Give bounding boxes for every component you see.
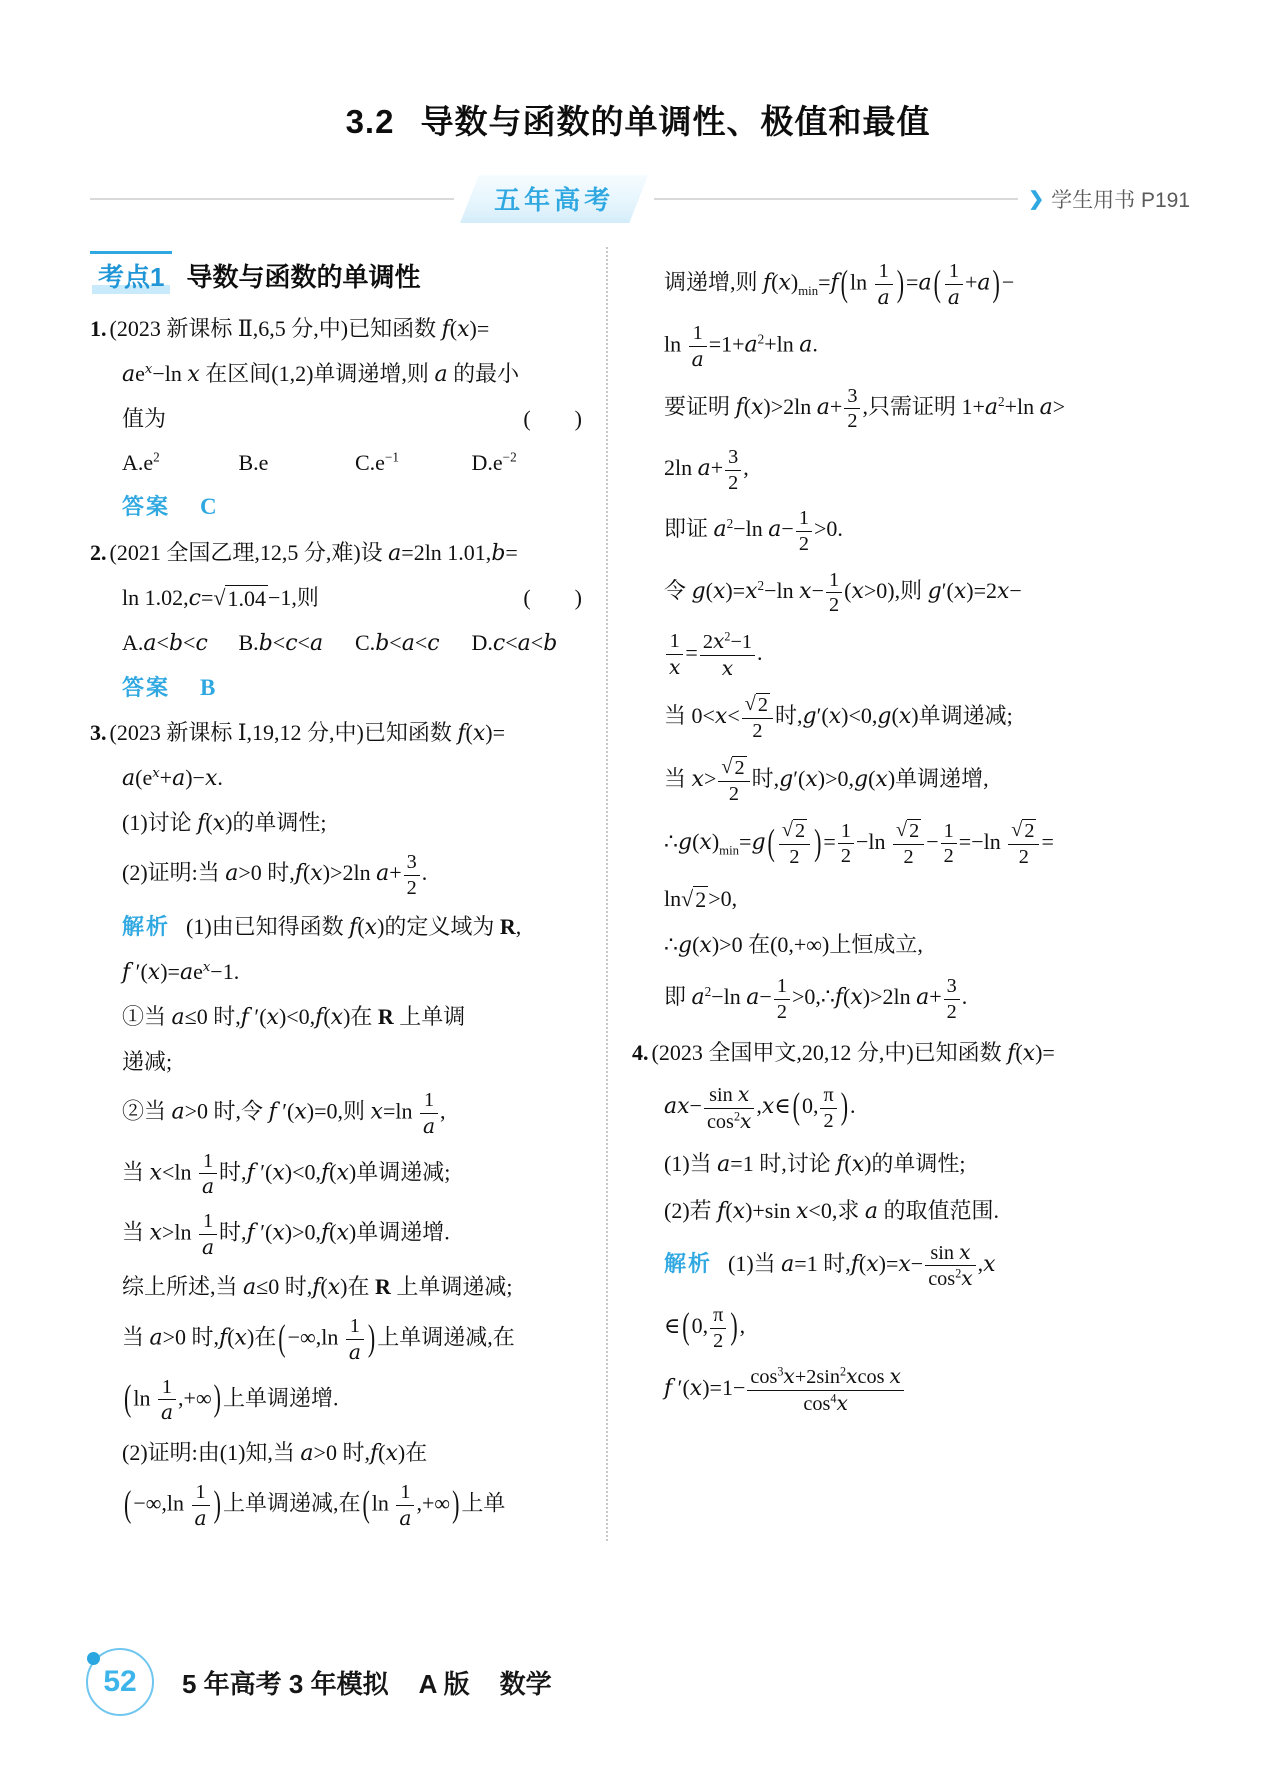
dot-icon [87,1652,100,1665]
footer-text: 5 年高考 3 年模拟A 版数学 [182,1664,582,1701]
page-title: 3.2导数与函数的单调性、极值和最值 [0,96,1276,143]
content-line: (2)若 f(x)+sin x<0,求 a 的取值范围. [632,1194,1138,1228]
answer-brackets: ( ) [523,581,582,614]
content-line: 4.(2023 全国甲文,20,12 分,中)已知函数 f(x)= [632,1036,1138,1070]
answer-label: 答案 [122,675,170,700]
content-line: ax−sin xcos2x,x∈(0,π2). [632,1083,1138,1133]
option: A.e2 [122,446,233,479]
page-footer: 52 5 年高考 3 年模拟A 版数学 [86,1648,582,1716]
content-line: ∴g(x)>0 在(0,+∞)上恒成立, [632,928,1138,962]
problem-number: 4. [632,1040,649,1065]
content-line: 2.(2021 全国乙理,12,5 分,难)设 a=2ln 1.01,b= [90,536,582,570]
problem-number: 1. [90,316,107,341]
content-line: aex−ln x 在区间(1,2)单调递增,则 a 的最小 [90,357,582,391]
content-line: 当 x<ln 1a时,f ′(x)<0,f(x)单调递减; [90,1150,582,1199]
problem-number: 2. [90,540,107,565]
answer-brackets: ( ) [523,402,582,435]
content-line: 3.(2023 新课标 Ⅰ,19,12 分,中)已知函数 f(x)= [90,716,582,750]
analysis-line: 解析(1)当 a=1 时,f(x)=x−sin xcos2x,x [632,1241,1138,1291]
content-line: 值为( ) [90,402,582,435]
book-edition: A 版 [419,1669,470,1699]
book-series: 5 年高考 3 年模拟 [182,1669,389,1699]
option: C.e−1 [355,446,466,479]
option: B.b<c<a [239,626,350,660]
analysis-line: 解析(1)由已知得函数 f(x)的定义域为 R, [90,910,582,944]
content-line: 1x=2x2−1x. [632,630,1138,680]
analysis-label: 解析 [122,914,170,939]
answer-value: B [200,675,215,700]
content-line: 当 x>ln 1a时,f ′(x)>0,f(x)单调递增. [90,1210,582,1259]
option: B.e [239,446,350,479]
option: D.c<a<b [472,626,583,660]
options-row: A.e2B.eC.e−1D.e−2 [90,446,582,479]
analysis-label: 解析 [664,1251,712,1276]
chevron-right-icon: ❯ [1028,188,1044,211]
content-line: ∴g(x)min=g(√22)=12−ln √22−12=−ln √22= [632,819,1138,869]
content-line: 要证明 f(x)>2ln a+32,只需证明 1+a2+ln a> [632,385,1138,433]
content-line: ①当 a≤0 时,f ′(x)<0,f(x)在 R 上单调 [90,1000,582,1034]
answer-line: 答案B [90,671,582,706]
content-line: 2ln a+32, [632,446,1138,494]
content-line: 当 a>0 时,f(x)在(−∞,ln 1a)上单调递减,在 [90,1315,582,1364]
student-book-ref-text: 学生用书 P191 [1051,184,1190,214]
content-line: ∈(0,π2), [632,1304,1138,1352]
option: C.b<a<c [355,626,466,660]
content-line: (1)讨论 f(x)的单调性; [90,806,582,840]
content-line: a(ex+a)−x. [90,761,582,795]
content-line: 当 x>√22时,g′(x)>0,g(x)单调递增, [632,756,1138,806]
test-point-badge: 考点1 [90,251,172,296]
divider-line [654,198,1018,200]
content-line: ln 1.02,c=√1.04−1,则( ) [90,581,582,615]
test-point-header: 考点1导数与函数的单调性 [90,251,582,296]
content-line: 即 a2−ln a−12>0,∴f(x)>2ln a+32. [632,975,1138,1023]
problem-number: 3. [90,720,107,745]
banner-ribbon: 五年高考 [460,175,648,223]
content-line: (2)证明:当 a>0 时,f(x)>2ln a+32. [90,851,582,899]
left-column: 考点1导数与函数的单调性1.(2023 新课标 Ⅱ,6,5 分,中)已知函数 f… [90,247,582,1541]
content-line: 令 g(x)=x2−ln x−12(x>0),则 g′(x)=2x− [632,569,1138,617]
content-line: f ′(x)=1−cos3x+2sin2xcos xcos4x [632,1365,1138,1415]
content-line: (1)当 a=1 时,讨论 f(x)的单调性; [632,1147,1138,1181]
page-number: 52 [103,1665,136,1699]
banner-row: 五年高考 ❯ 学生用书 P191 [90,177,1190,221]
option: A.a<b<c [122,626,233,660]
content-line: 即证 a2−ln a−12>0. [632,507,1138,555]
content-line: 综上所述,当 a≤0 时,f(x)在 R 上单调递减; [90,1270,582,1304]
content-line: ln 1a=1+a2+ln a. [632,322,1138,371]
page-content: 考点1导数与函数的单调性1.(2023 新课标 Ⅱ,6,5 分,中)已知函数 f… [90,247,1276,1541]
book-subject: 数学 [500,1669,552,1699]
section-number: 3.2 [346,103,395,140]
content-line: 递减; [90,1045,582,1078]
student-book-ref: ❯ 学生用书 P191 [1028,184,1190,214]
section-title: 导数与函数的单调性、极值和最值 [420,103,930,140]
answer-value: C [200,494,217,519]
content-line: 调递增,则 f(x)min=f(ln 1a)=a(1a+a)− [632,260,1138,309]
banner-label: 五年高考 [494,185,614,215]
divider-line [90,198,454,200]
content-line: 当 0<x<√22时,g′(x)<0,g(x)单调递减; [632,693,1138,743]
content-line: ②当 a>0 时,令 f ′(x)=0,则 x=ln 1a, [90,1089,582,1138]
options-row: A.a<b<cB.b<c<aC.b<a<cD.c<a<b [90,626,582,660]
right-column: 调递增,则 f(x)min=f(ln 1a)=a(1a+a)−ln 1a=1+a… [606,247,1138,1541]
content-line: (−∞,ln 1a)上单调递减,在(ln 1a,+∞)上单 [90,1481,582,1530]
option: D.e−2 [472,446,583,479]
content-line: ln√2>0, [632,882,1138,915]
content-line: (2)证明:由(1)知,当 a>0 时,f(x)在 [90,1436,582,1470]
test-point-title: 导数与函数的单调性 [186,262,420,292]
content-line: (ln 1a,+∞)上单调递增. [90,1376,582,1425]
content-line: 1.(2023 新课标 Ⅱ,6,5 分,中)已知函数 f(x)= [90,312,582,346]
content-line: f ′(x)=aex−1. [90,955,582,989]
answer-label: 答案 [122,494,170,519]
book-page: 3.2导数与函数的单调性、极值和最值 五年高考 ❯ 学生用书 P191 考点1导… [0,0,1276,1790]
page-number-badge: 52 [86,1648,154,1716]
answer-line: 答案C [90,490,582,525]
